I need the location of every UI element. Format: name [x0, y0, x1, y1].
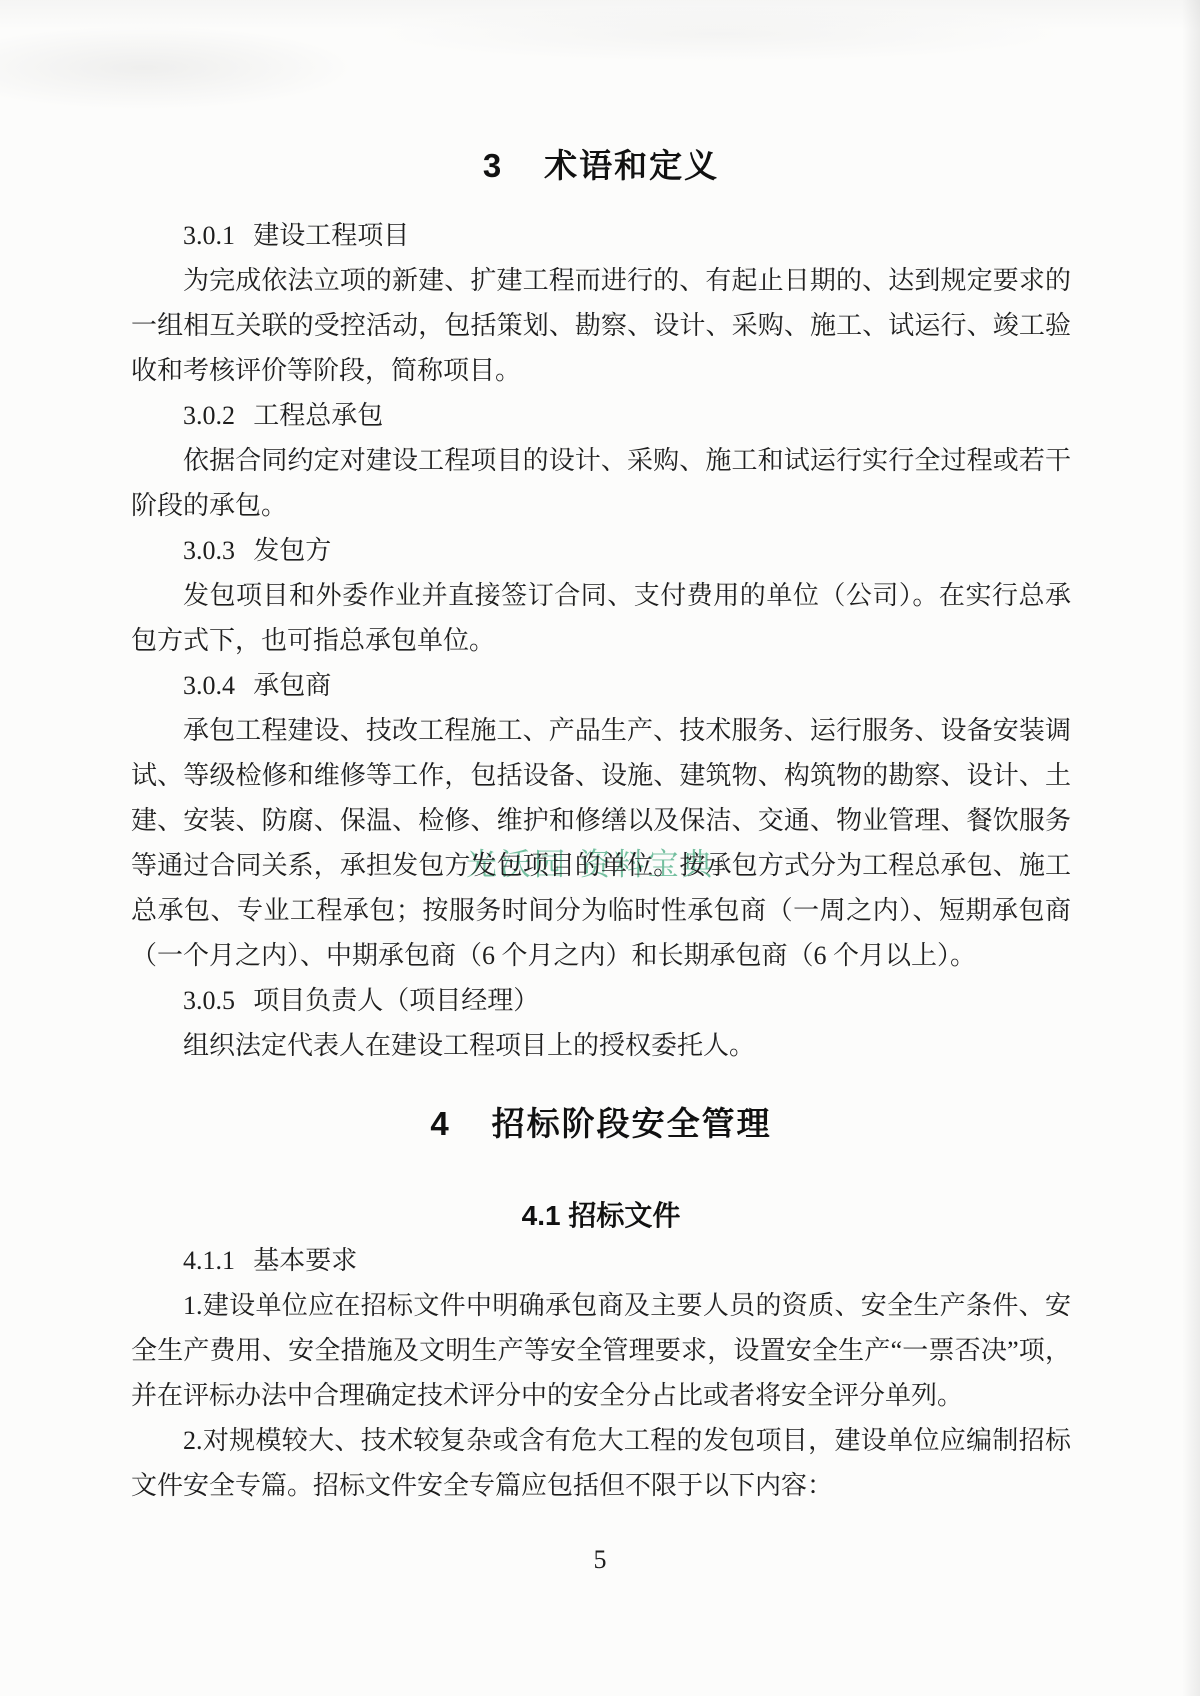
term-definition-3-0-2: 依据合同约定对建设工程项目的设计、采购、施工和试运行实行全过程或若干阶段的承包。	[131, 438, 1071, 528]
term-definition-3-0-1: 为完成依法立项的新建、扩建工程而进行的、有起止日期的、达到规定要求的一组相互关联…	[131, 258, 1071, 393]
subsection-number: 4.1.1	[183, 1246, 235, 1275]
term-definition-3-0-3: 发包项目和外委作业并直接签订合同、支付费用的单位（公司）。在实行总承包方式下，也…	[131, 573, 1071, 663]
chapter-4-title: 招标阶段安全管理	[492, 1105, 772, 1142]
chapter-4-heading: 4 招标阶段安全管理	[131, 1098, 1071, 1145]
term-number: 3.0.5	[183, 986, 235, 1015]
section-4-1-heading: 4.1 招标文件	[131, 1193, 1071, 1238]
term-heading-3-0-4: 3.0.4 承包商	[131, 663, 1071, 708]
subsection-4-1-1-heading: 4.1.1 基本要求	[131, 1238, 1071, 1283]
term-name: 建设工程项目	[253, 221, 409, 250]
page-number: 5	[0, 1545, 1200, 1575]
body-paragraph-1: 1.建设单位应在招标文件中明确承包商及主要人员的资质、安全生产条件、安全生产费用…	[131, 1283, 1071, 1418]
term-number: 3.0.1	[183, 221, 235, 250]
term-number: 3.0.3	[183, 536, 235, 565]
subsection-name: 基本要求	[253, 1246, 357, 1275]
document-page: 光沃园 资料宝典 3 术语和定义 3.0.1 建设工程项目 为完成依法立项的新建…	[0, 0, 1200, 1696]
term-name: 发包方	[253, 536, 331, 565]
chapter-3-number: 3	[483, 147, 503, 184]
body-paragraph-2: 2.对规模较大、技术较复杂或含有危大工程的发包项目，建设单位应编制招标文件安全专…	[131, 1418, 1071, 1508]
chapter-4-number: 4	[430, 1105, 450, 1142]
page-content: 3 术语和定义 3.0.1 建设工程项目 为完成依法立项的新建、扩建工程而进行的…	[131, 0, 1071, 1508]
chapter-3-title: 术语和定义	[544, 147, 719, 184]
term-heading-3-0-2: 3.0.2 工程总承包	[131, 393, 1071, 438]
term-number: 3.0.4	[183, 671, 235, 700]
term-heading-3-0-3: 3.0.3 发包方	[131, 528, 1071, 573]
term-definition-3-0-4: 承包工程建设、技改工程施工、产品生产、技术服务、运行服务、设备安装调试、等级检修…	[131, 708, 1071, 978]
term-definition-3-0-5: 组织法定代表人在建设工程项目上的授权委托人。	[131, 1023, 1071, 1068]
term-heading-3-0-1: 3.0.1 建设工程项目	[131, 213, 1071, 258]
term-name: 承包商	[253, 671, 331, 700]
term-name: 项目负责人（项目经理）	[253, 986, 539, 1015]
term-number: 3.0.2	[183, 401, 235, 430]
chapter-3-heading: 3 术语和定义	[131, 140, 1071, 187]
term-heading-3-0-5: 3.0.5 项目负责人（项目经理）	[131, 978, 1071, 1023]
term-name: 工程总承包	[253, 401, 383, 430]
